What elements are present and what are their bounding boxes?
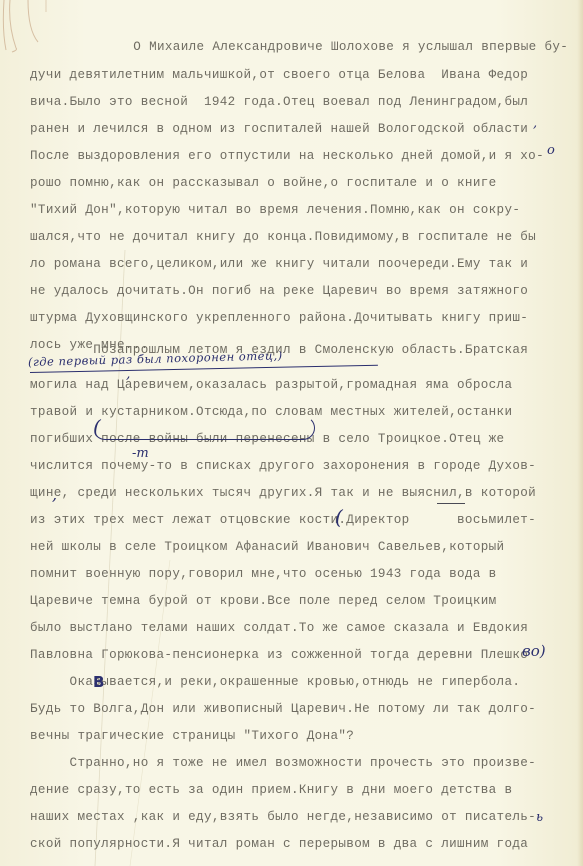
text-line: штурма Духовщинского укрепленного района… [30,311,528,325]
handwritten-comma-mark: , [126,366,130,382]
text-line: не удалось дочитать.Он погиб на реке Цар… [30,284,528,298]
document-page: О Михаиле Александровиче Шолохове я услы… [0,0,583,866]
text-line: наших местах ,как и еду,взять было негде… [30,810,536,824]
text-line: Будь то Волга,Дон или живописный Царевич… [30,702,536,716]
handwritten-ending: во) [522,642,546,660]
handwritten-comma-2: , [52,485,57,504]
text-line: помнит военную пору,говорил мне,что осен… [30,567,497,581]
handwritten-soft-sign: ь [536,810,543,825]
text-line: Царевиче темна бурой от крови.Все поле п… [30,594,497,608]
page-edge-shadow [577,0,583,866]
text-line: ской популярности.Я читал роман с переры… [30,837,528,851]
text-line: могила над Царевичем,оказалась разрытой,… [30,378,512,392]
text-line: Странно,но я тоже не имел возможности пр… [30,756,536,770]
text-line: ней школы в селе Троицком Афанасий Ивано… [30,540,504,554]
handwritten-capital-letter: В [93,673,104,691]
text-line: вича.Было это весной 1942 года.Отец воев… [30,95,528,109]
handwritten-oval-mark [93,416,315,440]
text-line: ло романа всего,целиком,или же книгу чит… [30,257,528,271]
text-line: вечны трагические страницы "Тихого Дона"… [30,729,354,743]
binding-clip-marks [0,0,60,70]
handwritten-letter-o: о [547,143,555,158]
handwritten-paren: ( [93,415,101,439]
text-line: числится почему-то в списках другого зах… [30,459,536,473]
text-line: После выздоровления его отпустили на нес… [30,149,544,163]
text-line: ранен и лечился в одном из госпиталей на… [30,122,528,136]
text-line: рошо помню,как он рассказывал о войне,о … [30,176,497,190]
text-line: дучи девятилетним мальчишкой,от своего о… [30,68,528,82]
text-line: из этих трех мест лежат отцовские кости.… [30,513,536,527]
text-line: О Михаиле Александровиче Шолохове я услы… [70,40,568,54]
text-line: щине, среди нескольких тысяч других.Я та… [30,486,536,500]
strikethrough-mark [437,503,465,505]
handwritten-caret: -т [132,446,149,461]
handwritten-paren-2: ( [335,505,343,529]
text-line: Павловна Горюкова-пенсионерка из сожженн… [30,648,528,662]
text-line: шался,что не дочитал книгу до конца.Пови… [30,230,536,244]
text-line: "Тихий Дон",которую читал во время лечен… [30,203,520,217]
text-line: было выстлано телами наших солдат.То же … [30,621,528,635]
handwritten-comma: , [533,116,537,131]
text-line: дение сразу,то есть за один прием.Книгу … [30,783,512,797]
